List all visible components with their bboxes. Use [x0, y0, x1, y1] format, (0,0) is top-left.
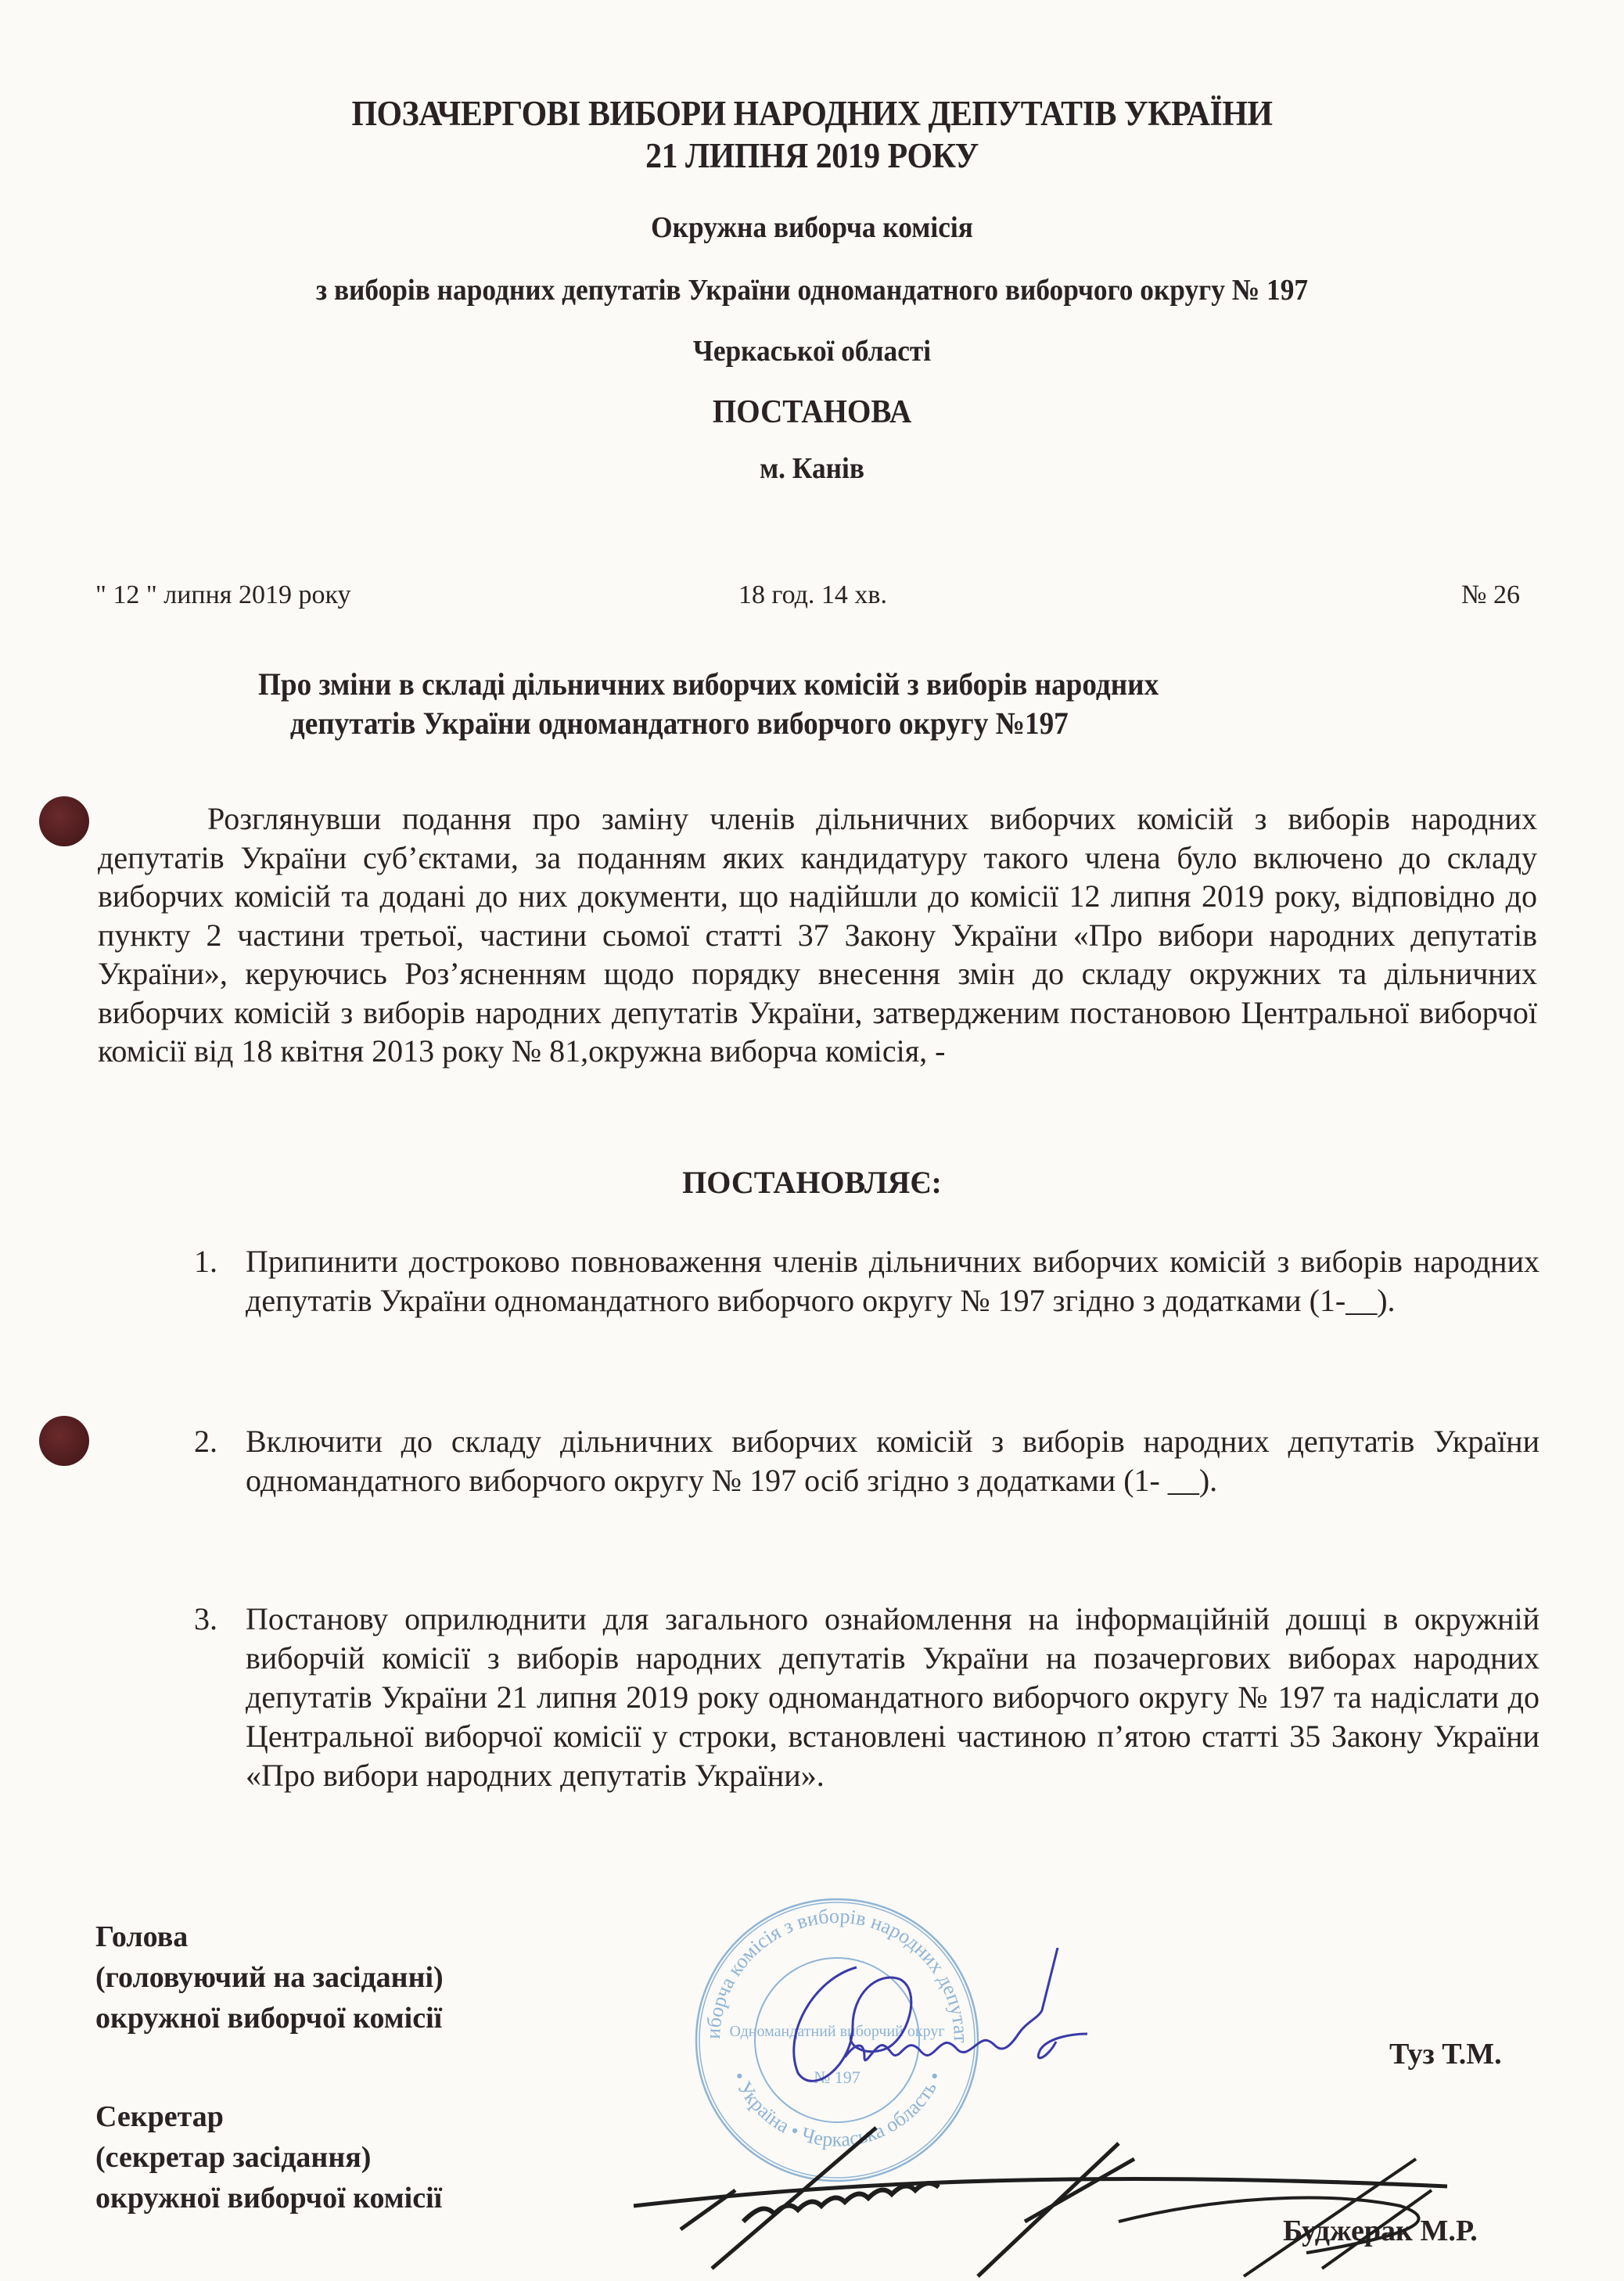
item-text: Постанову оприлюднити для загального озн…	[246, 1600, 1540, 1795]
punch-hole-top	[39, 796, 89, 846]
secretary-title-line3: окружної виборчої комісії	[95, 2178, 442, 2218]
item-number: 2.	[194, 1422, 217, 1461]
chair-title-line3: окружної виборчої комісії	[95, 1998, 444, 2039]
secretary-title: Секретар (секретар засідання) окружної в…	[95, 2096, 442, 2218]
document-type: ПОСТАНОВА	[57, 394, 1568, 430]
election-title-line2: 21 ЛИПНЯ 2019 РОКУ	[57, 135, 1568, 177]
item-number: 3.	[194, 1600, 217, 1639]
item-text: Включити до складу дільничних виборчих к…	[246, 1422, 1540, 1500]
resolution-item-2: 2. Включити до складу дільничних виборчи…	[194, 1422, 1540, 1500]
region-name: Черкаської області	[57, 333, 1568, 369]
resolution-item-3: 3. Постанову оприлюднити для загального …	[194, 1600, 1540, 1795]
chair-signature-icon	[767, 1948, 1142, 2096]
chair-title: Голова (головуючий на засіданні) окружно…	[95, 1916, 444, 2039]
commission-name: Окружна виборча комісія	[57, 210, 1568, 246]
secretary-signature-icon	[618, 2112, 1447, 2281]
election-title: ПОЗАЧЕРГОВІ ВИБОРИ НАРОДНИХ ДЕПУТАТІВ УК…	[57, 92, 1568, 177]
resolves-heading: ПОСТАНОВЛЯЄ:	[0, 1164, 1624, 1201]
city: м. Канів	[57, 451, 1568, 487]
commission-full-name: з виборів народних депутатів України одн…	[57, 272, 1568, 308]
punch-hole-bottom	[39, 1416, 89, 1466]
item-number: 1.	[194, 1242, 217, 1281]
preamble-paragraph: Розглянувши подання про заміну членів ді…	[98, 799, 1537, 1071]
election-title-line1: ПОЗАЧЕРГОВІ ВИБОРИ НАРОДНИХ ДЕПУТАТІВ УК…	[57, 92, 1568, 135]
resolution-time: 18 год. 14 хв.	[738, 580, 887, 610]
chair-name: Туз Т.М.	[1389, 2037, 1502, 2071]
subject-line1: Про зміни в складі дільничних виборчих к…	[258, 665, 1159, 704]
item-text: Припинити достроково повноваження членів…	[246, 1242, 1540, 1320]
chair-title-line1: Голова	[95, 1916, 444, 1957]
document-page: ПОЗАЧЕРГОВІ ВИБОРИ НАРОДНИХ ДЕПУТАТІВ УК…	[0, 0, 1624, 2281]
secretary-title-line1: Секретар	[95, 2096, 442, 2137]
resolution-date: " 12 " липня 2019 року	[95, 580, 351, 610]
resolution-number: № 26	[1461, 580, 1520, 610]
chair-title-line2: (головуючий на засіданні)	[95, 1957, 444, 1998]
subject-line2: депутатів України одномандатного виборчо…	[258, 704, 1159, 743]
resolution-item-1: 1. Припинити достроково повноваження чле…	[194, 1242, 1540, 1320]
secretary-title-line2: (секретар засідання)	[95, 2137, 442, 2178]
resolution-subject: Про зміни в складі дільничних виборчих к…	[258, 665, 1159, 743]
